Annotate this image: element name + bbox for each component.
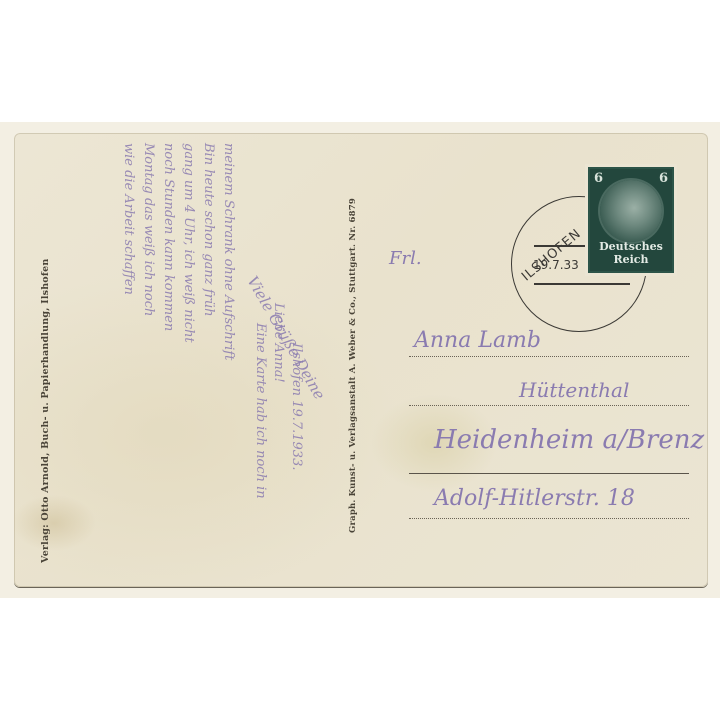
portrait-icon — [600, 180, 662, 242]
address-line — [409, 356, 689, 357]
message-line: Montag das weiß ich noch — [141, 143, 156, 316]
postmark-bar — [534, 283, 630, 285]
message-line: Eine Karte hab ich noch in — [253, 323, 268, 499]
stamp-country: Deutsches Reich — [588, 240, 674, 266]
address-prefix: Frl. — [389, 248, 422, 269]
address-line2: Hüttenthal — [519, 378, 629, 402]
postmark-date: 19.7.33 — [533, 258, 579, 272]
message-line: wie die Arbeit schaffen — [121, 143, 136, 295]
message-line: Bin heute schon ganz früh — [201, 143, 216, 317]
postcard: Verlag: Otto Arnold, Buch- u. Papierhand… — [14, 133, 708, 587]
address-line — [409, 473, 689, 474]
message-line: meinem Schrank ohne Aufschrift — [221, 143, 236, 360]
publisher-imprint-middle: Graph. Kunst- u. Verlagsanstalt A. Weber… — [348, 198, 358, 533]
publisher-imprint-left: Verlag: Otto Arnold, Buch- u. Papierhand… — [40, 259, 51, 563]
stamp-value-right: 6 — [659, 171, 668, 186]
message-line: noch Stunden kann kommen — [161, 143, 176, 331]
stamp-value-left: 6 — [594, 171, 603, 186]
message-line: gang um 4 Uhr, ich weiß nicht — [181, 143, 196, 343]
address-street: Adolf-Hitlerstr. 18 — [434, 486, 635, 511]
address-name: Anna Lamb — [414, 328, 541, 353]
address-city: Heidenheim a/Brenz — [434, 425, 704, 455]
address-line — [409, 518, 689, 519]
postage-stamp: 6 6 Deutsches Reich — [585, 164, 677, 276]
address-line — [409, 405, 689, 406]
